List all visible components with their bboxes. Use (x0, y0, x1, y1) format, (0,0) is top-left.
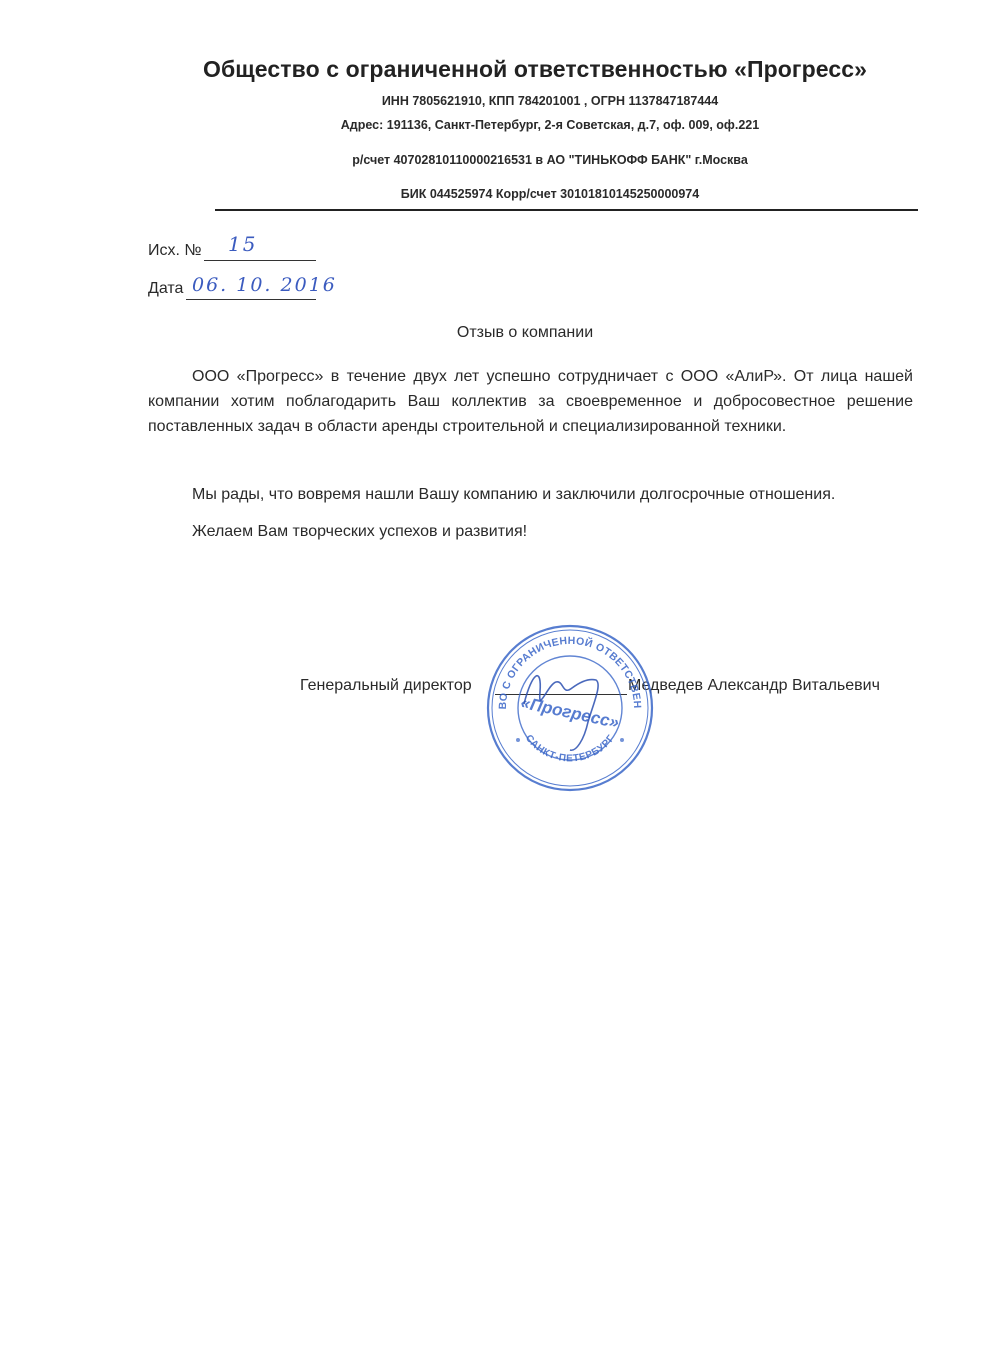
outgoing-number-underline (204, 260, 316, 261)
svg-text:«Прогресс»: «Прогресс» (519, 693, 621, 732)
body-paragraph: Желаем Вам творческих успехов и развития… (148, 519, 913, 544)
outgoing-number-label: Исх. № (148, 242, 202, 260)
svg-text:САНКТ-ПЕТЕРБУРГ: САНКТ-ПЕТЕРБУРГ (523, 733, 617, 765)
signatory-name: Медведев Александр Витальевич (628, 677, 880, 695)
company-name: Общество с ограниченной ответственностью… (0, 56, 1000, 83)
body-paragraph: ООО «Прогресс» в течение двух лет успешн… (148, 364, 913, 439)
date-underline (186, 299, 316, 300)
document-page: Общество с ограниченной ответственностью… (0, 0, 1000, 1366)
date-handwritten: 06. 10. 2016 (192, 274, 337, 296)
svg-text:ОБЩЕСТВО С ОГРАНИЧЕННОЙ ОТВЕТС: ОБЩЕСТВО С ОГРАНИЧЕННОЙ ОТВЕТСТВЕННОСТЬЮ (484, 622, 643, 710)
body-paragraph: Мы рады, что вовремя нашли Вашу компанию… (148, 482, 913, 507)
company-stamp: ОБЩЕСТВО С ОГРАНИЧЕННОЙ ОТВЕТСТВЕННОСТЬЮ… (484, 622, 656, 794)
signatory-position: Генеральный директор (300, 677, 472, 694)
bank-account: р/счет 40702810110000216531 в АО "ТИНЬКО… (0, 153, 1000, 167)
date-label: Дата (148, 280, 183, 298)
bank-bik: БИК 044525974 Корр/счет 3010181014525000… (0, 187, 1000, 201)
letterhead-divider (215, 209, 918, 211)
registration-numbers: ИНН 7805621910, КПП 784201001 , ОГРН 113… (0, 94, 1000, 108)
outgoing-number-handwritten: 15 (228, 232, 257, 256)
company-address: Адрес: 191136, Санкт-Петербург, 2-я Сове… (0, 118, 1000, 132)
document-heading: Отзыв о компании (0, 324, 1000, 342)
